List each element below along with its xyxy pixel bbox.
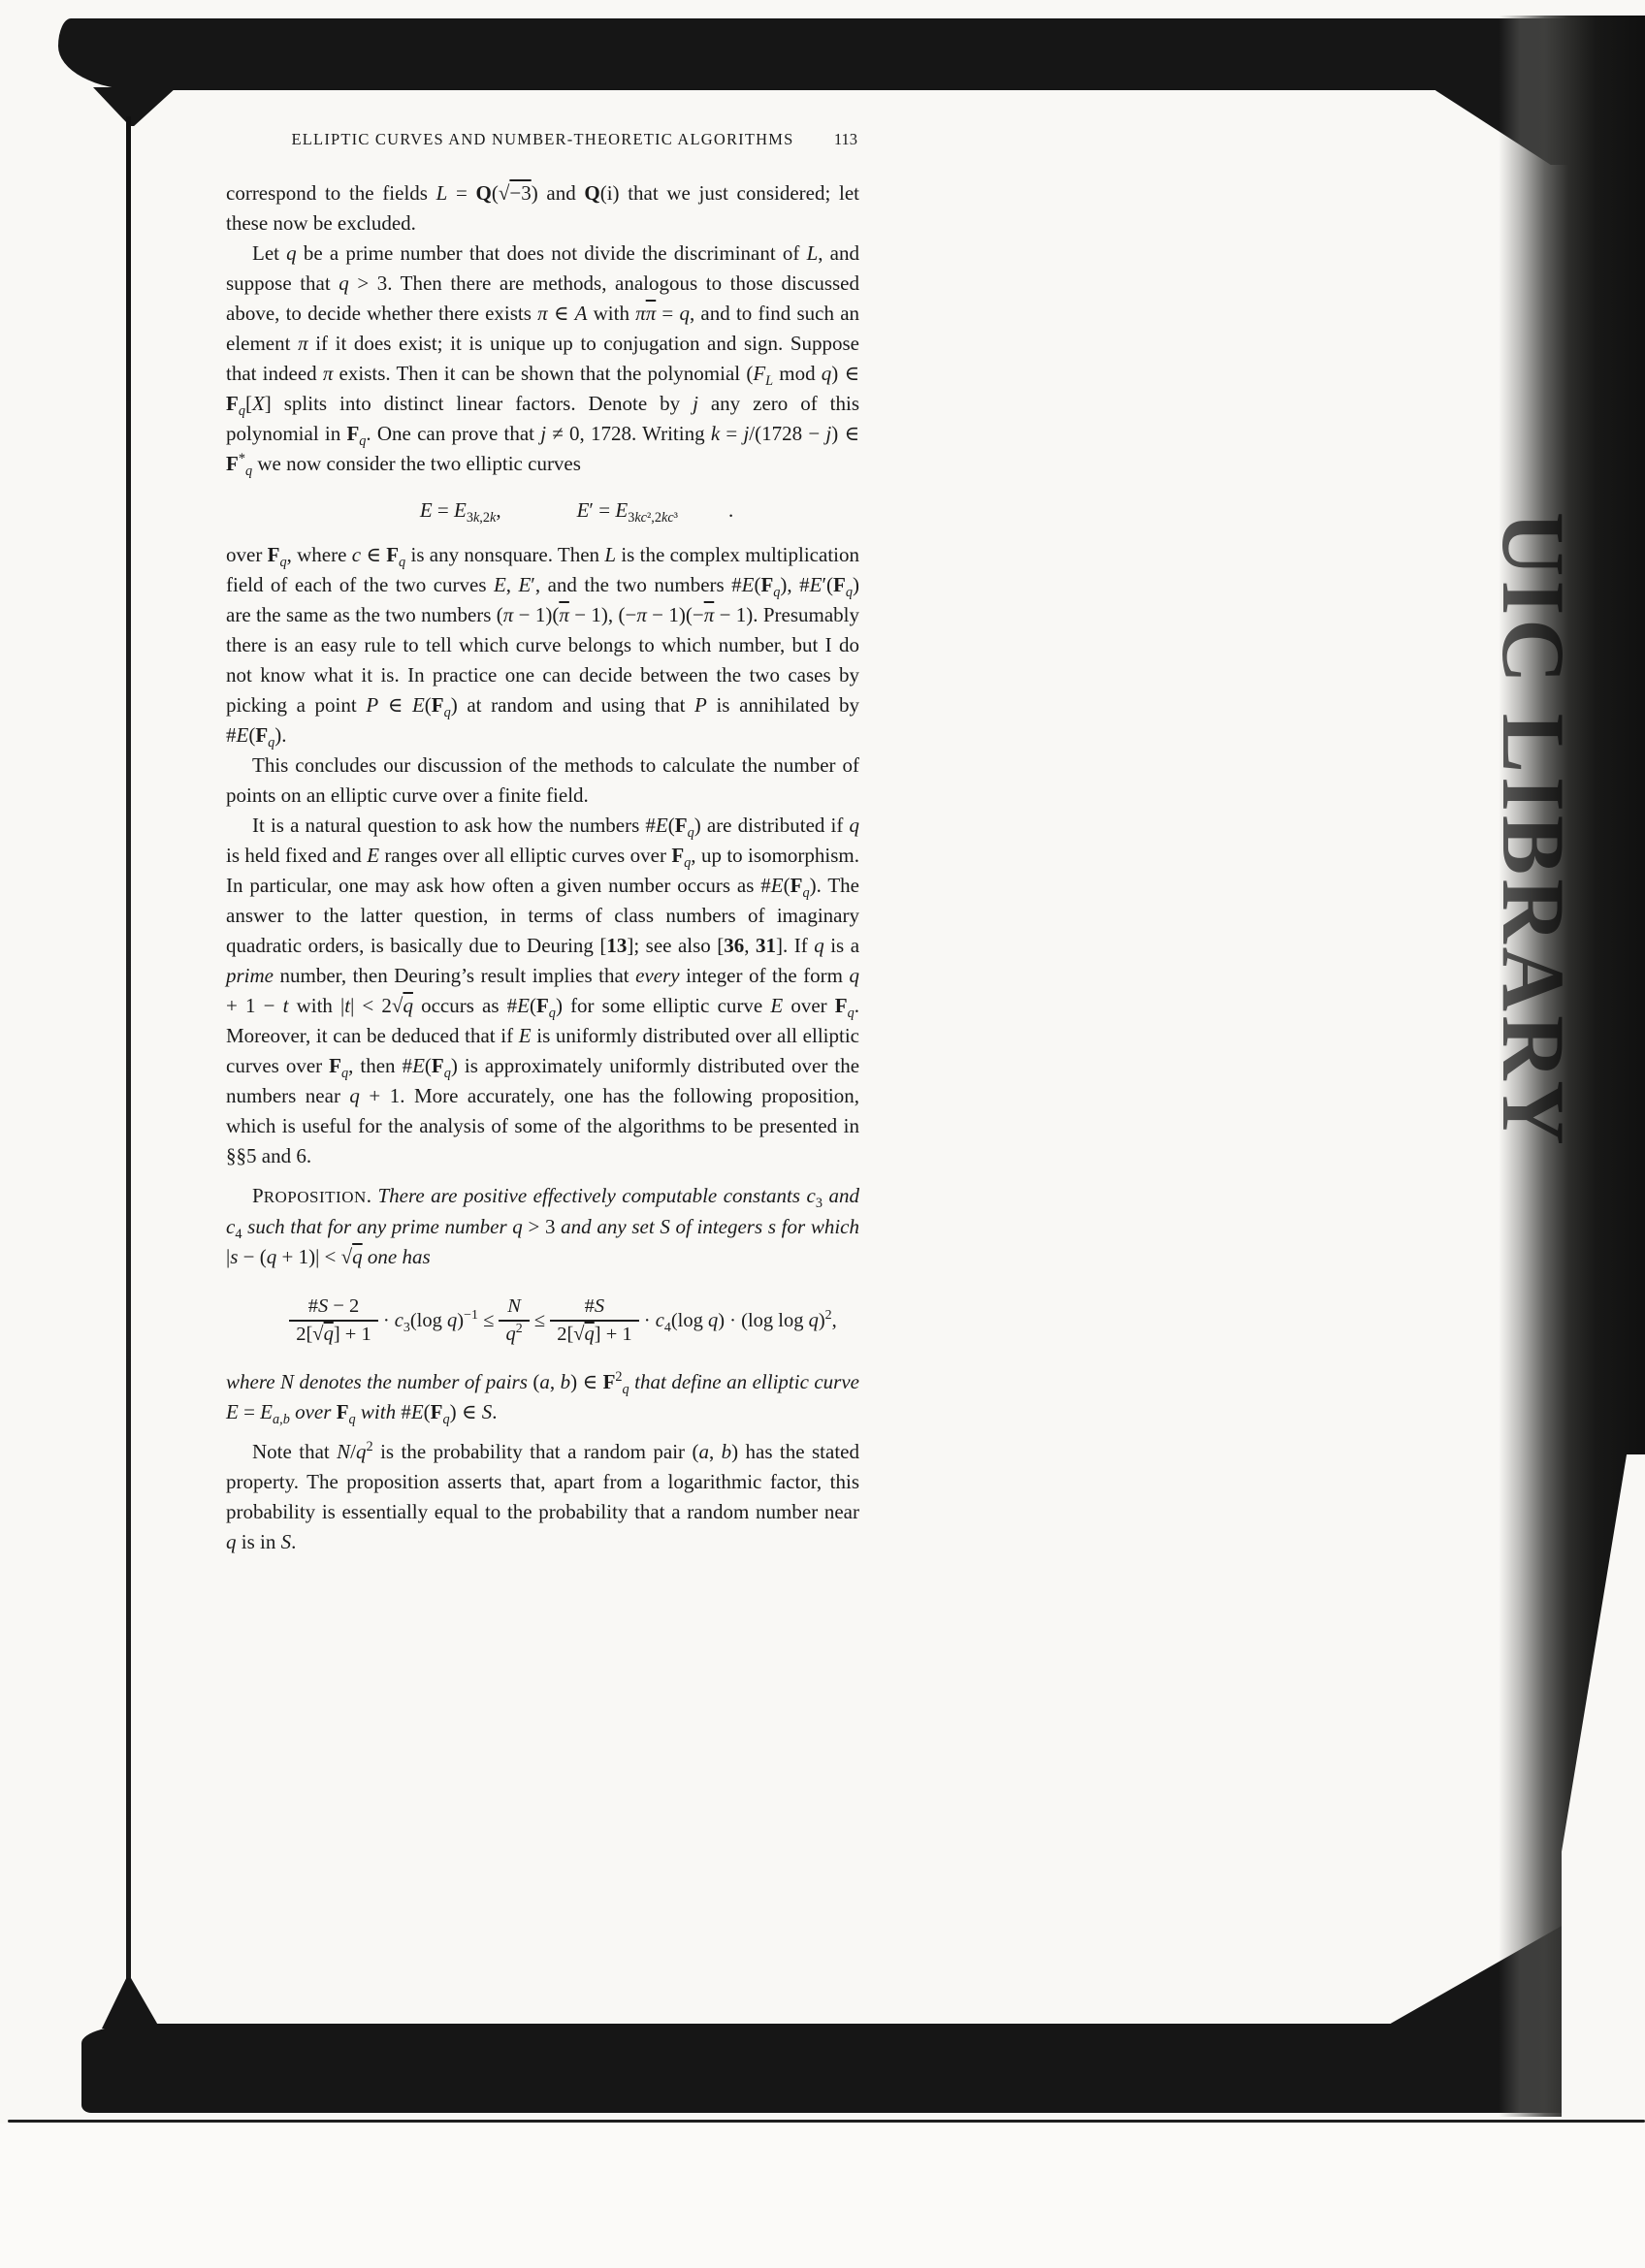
scan-border-bottom	[81, 2024, 1564, 2113]
page-content: ELLIPTIC CURVES AND NUMBER-THEORETIC ALG…	[226, 130, 859, 1557]
library-stamp: UIC LIBRARY	[1484, 512, 1583, 1261]
scan-edge-line	[8, 2120, 1645, 2123]
scanned-book-page: UIC LIBRARY ELLIPTIC CURVES AND NUMBER-T…	[0, 0, 1645, 2268]
paragraph-proposition: PROPOSITION. There are positive effectiv…	[226, 1181, 859, 1272]
backing-sheet-bottom	[0, 2124, 1645, 2268]
running-head-title: ELLIPTIC CURVES AND NUMBER-THEORETIC ALG…	[292, 130, 794, 148]
paragraph-where-n: where N denotes the number of pairs (a, …	[226, 1367, 859, 1427]
paragraph-continuation: correspond to the fields L = Q(√−3) and …	[226, 178, 859, 239]
display-formula-bound: #S − 22[√q] + 1 · c3(log q)−1 ≤ Nq2 ≤ #S…	[199, 1295, 927, 1346]
paragraph-concludes: This concludes our discussion of the met…	[226, 751, 859, 811]
page-number: 113	[834, 130, 857, 149]
paragraph-over-fq: over Fq, where c ∈ Fq is any nonsquare. …	[226, 540, 859, 751]
scan-border-top	[58, 18, 1645, 90]
paragraph-let-q: Let q be a prime number that does not di…	[226, 239, 859, 479]
running-head: ELLIPTIC CURVES AND NUMBER-THEORETIC ALG…	[226, 130, 859, 149]
paragraph-natural-question: It is a natural question to ask how the …	[226, 811, 859, 1171]
page-gutter-funnel-bottom	[102, 1978, 160, 2028]
paragraph-note: Note that N/q2 is the probability that a…	[226, 1437, 859, 1557]
page-gutter-funnel-top	[93, 87, 177, 126]
display-equation-curves: E = E3k,2k,E′ = E3kc²,2kc³.	[226, 495, 859, 526]
page-gutter-shadow	[126, 116, 131, 2002]
